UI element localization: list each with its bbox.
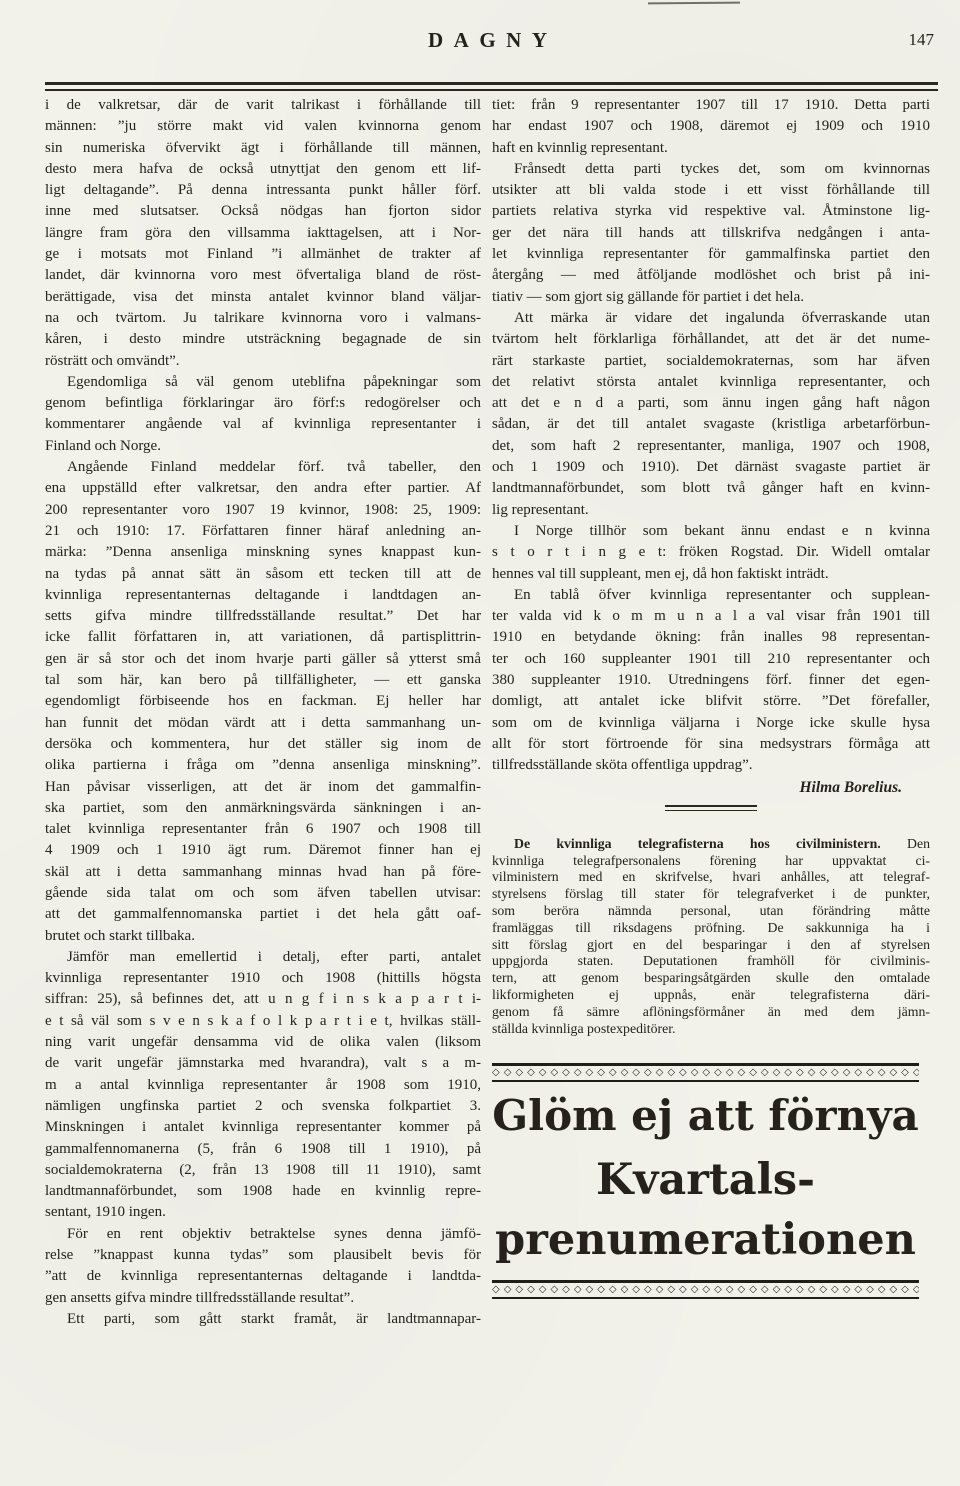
text-line: 21 och 1910: 17. Författaren finner hära… [45,521,481,542]
text-line: na tydas på annat sätt än såsom ett teck… [45,564,481,585]
text-line: e t så väl som s v e n s k a f o l k p a… [45,1011,481,1032]
text-line: genom befintliga förklaringar äro förf:s… [45,393,481,414]
text-line: kommentarer angående val af kvinnliga re… [45,414,481,435]
text-line: skäl att i detta sammanhang minnas hvad … [45,862,481,883]
text-line: kvinnliga representanternas deltagande i… [45,585,481,606]
text-line: tillfredsställande sköta offentliga uppd… [492,755,930,776]
text-line: hennes val till suppleant, men ej, då ho… [492,564,930,585]
text-line: likformigheten ej uppnås, enär telegrafi… [492,987,930,1004]
text-line: att det gammalfennomanska partiet i det … [45,904,481,925]
text-line: m a antal kvinnliga representanter år 19… [45,1075,481,1096]
text-line: tern, att genom besparingsåtgärden skull… [492,970,930,987]
text-line: setts gifva mindre tillfredsställande re… [45,606,481,627]
text-line: En tablå öfver kvinnliga representanter … [492,585,930,606]
text-line: I Norge tillhör som bekant ännu endast e… [492,521,930,542]
section-divider-rule [665,805,757,811]
right-column-text: tiet: från 9 representanter 1907 till 17… [492,95,930,777]
text-line: styrelsens förslag till stater för teleg… [492,886,930,903]
ad-inner-rule-top [492,1080,919,1082]
text-line: och 1 1909 och 1910). Det därnäst svagas… [492,457,930,478]
text-line: ger det nära till hands att tillskrifva … [492,223,930,244]
text-line: märka: ”Denna ansenliga minskning synes … [45,542,481,563]
text-line: allt för stort förtroende för sina medsy… [492,734,930,755]
text-line: kåren, i desto mindre utsträckning begag… [45,329,481,350]
scan-artifact-line [648,2,740,5]
text-line: let kvinnliga representanter för gammalf… [492,244,930,265]
text-line: Egendomliga så väl genom uteblifna påpek… [45,372,481,393]
notice-article: De kvinnliga telegrafisterna hos civilmi… [492,836,930,1038]
text-line: olika partierna i fråga om ”denna ansenl… [45,755,481,776]
text-line: Han påvisar visserligen, att det är inom… [45,777,481,798]
page-number: 147 [909,30,935,50]
text-line: landtmannaförbundet, som 1908 hade en kv… [45,1181,481,1202]
text-line: de varit ungefär jämnstarka med hvarandr… [45,1053,481,1074]
text-line: socialdemokraterna (2, från 13 1908 till… [45,1160,481,1181]
text-line: tvärtom helt förklarliga förhållandet, a… [492,329,930,350]
text-line: desto mera hafva de också utnyttjat den … [45,159,481,180]
diamond-ornament-row: ◇◇◇◇◇◇◇◇◇◇◇◇◇◇◇◇◇◇◇◇◇◇◇◇◇◇◇◇◇◇◇◇◇◇◇◇◇◇◇◇… [492,1066,919,1080]
text-line: gen ansetts gifva mindre tillfredsställa… [45,1288,481,1309]
text-line: landet, där kvinnorna voro mest öfvertal… [45,265,481,286]
text-line: ställda kvinnliga postexpeditörer. [492,1021,930,1038]
text-line: relse ”knappast kunna tydas” som plausib… [45,1245,481,1266]
header-rule [45,82,938,91]
text-line: i de valkretsar, där de varit talrikast … [45,95,481,116]
text-line: sin numeriska öfvervikt ägt i förhålland… [45,138,481,159]
text-line: dersöka och kommentera, hur det ställer … [45,734,481,755]
text-line: domligt, att antalet icke blifvit större… [492,691,930,712]
text-line: 1910 en betydande ökning: från inalles 9… [492,627,930,648]
text-line: Ett parti, som gått starkt framåt, är la… [45,1309,481,1330]
text-line: har endast 1907 och 1908, däremot ej 190… [492,116,930,137]
right-column: tiet: från 9 representanter 1907 till 17… [492,95,930,1299]
text-line: haft en kvinnlig representant. [492,138,930,159]
text-line: ge i motsats mot Finland ”i allmänhet de… [45,244,481,265]
text-line: ”att de kvinnliga representanternas delt… [45,1266,481,1287]
ad-headline-line-1: Glöm ej att förnya [492,1092,919,1140]
text-line: återgång — med åtföljande modlöshet och … [492,265,930,286]
text-line: 380 suppleanter 1910. Utredningens förf.… [492,670,930,691]
text-line: Jämför man emellertid i detalj, efter pa… [45,947,481,968]
text-line: gen är så stor och det inom hvarje parti… [45,649,481,670]
text-line: ter valda vid k o m m u n a l a val visa… [492,606,930,627]
text-line: brutet och starkt tillbaka. [45,926,481,947]
text-line: ter och 160 suppleanter 1901 till 210 re… [492,649,930,670]
text-line: Minskningen i antalet kvinnliga represen… [45,1117,481,1138]
text-line: berättigade, visa det minsta antalet kvi… [45,287,481,308]
document-page: DAGNY 147 i de valkretsar, där de varit … [0,0,960,1486]
text-line: na och tvärtom. Ju talrikare kvinnorna v… [45,308,481,329]
text-line: Angående Finland meddelar förf. två tabe… [45,457,481,478]
masthead-title: DAGNY [45,28,930,53]
text-line: landtmannaförbundet, som blott två gånge… [492,478,930,499]
text-line: männen: ”ju större makt vid valen kvinno… [45,116,481,137]
text-line: Finland och Norge. [45,436,481,457]
text-line: som om de kvinnliga väljarna i Norge ick… [492,713,930,734]
text-line: talet kvinnliga representanter från 6 19… [45,819,481,840]
text-line: rösträtt och omvändt”. [45,351,481,372]
text-line: det relativt största antalet kvinnliga r… [492,372,930,393]
text-line: tal som här, kan bero på tillfälligheter… [45,670,481,691]
text-line: sitt förslag gjort en del besparingar i … [492,937,930,954]
text-line: icke fallit författaren in, att variatio… [45,627,481,648]
text-line: gammalfennomanerna (5, från 6 1908 till … [45,1139,481,1160]
text-line: egendomligt förbiseende hos en fackman. … [45,691,481,712]
text-line: s t o r t i n g e t: fröken Rogstad. Dir… [492,542,930,563]
text-line: genom få sämre aflöningsförmåner än med … [492,1004,930,1021]
ad-inner-rule-bottom [492,1297,919,1299]
text-line: sentant, 1910 ingen. [45,1202,481,1223]
text-line: tiativ — som gjort sig gällande för part… [492,287,930,308]
left-column: i de valkretsar, där de varit talrikast … [45,95,481,1330]
text-line: vilministern med en skrifvelse, hvari an… [492,869,930,886]
text-line: han funnit det mödan värdt att i detta s… [45,713,481,734]
text-line: längre fram göra den villsamma iakttagel… [45,223,481,244]
text-line: sådan, är det till antalet svagaste (kri… [492,414,930,435]
subscription-ad: ◇◇◇◇◇◇◇◇◇◇◇◇◇◇◇◇◇◇◇◇◇◇◇◇◇◇◇◇◇◇◇◇◇◇◇◇◇◇◇◇… [492,1063,919,1299]
text-line: som beröra nämnda personal, utan förändr… [492,903,930,920]
text-line: framläggas till riksdagens pröfning. De … [492,920,930,937]
text-line: ligt deltagande”. På denna intressanta p… [45,180,481,201]
text-line: inne med slutsatser. Också nödgas han fj… [45,201,481,222]
text-line: 200 representanter voro 1907 19 kvinnor,… [45,500,481,521]
text-line: Att märka är vidare det ingalunda öfverr… [492,308,930,329]
text-line: uppgjorda staten. Deputationen framhöll … [492,953,930,970]
text-line: partiets relativa styrka vid respektive … [492,201,930,222]
text-line: siffran: 25), så befinnes det, att u n g… [45,989,481,1010]
article-signature: Hilma Borelius. [492,777,930,798]
text-line: utsikter att bli valda stode i ett visst… [492,180,930,201]
text-line: kvinnliga telegrafpersonalens förening h… [492,853,930,870]
text-line: ning varit ungefär densamma vid de olika… [45,1032,481,1053]
text-line: gående sida talat om och som äfven tabel… [45,883,481,904]
text-line: lig representant. [492,500,930,521]
text-line: det, som haft 2 representanter, manliga,… [492,436,930,457]
ad-headline-line-2: Kvartals- [492,1156,919,1204]
text-line: ska partiet, som den anmärkningsvärda sä… [45,798,481,819]
text-line: kvinnliga representanter 1910 och 1908 (… [45,968,481,989]
text-line: För en rent objektiv betraktelse synes d… [45,1224,481,1245]
text-line: Frånsedt detta parti tyckes det, som om … [492,159,930,180]
diamond-ornament-row-bottom: ◇◇◇◇◇◇◇◇◇◇◇◇◇◇◇◇◇◇◇◇◇◇◇◇◇◇◇◇◇◇◇◇◇◇◇◇◇◇◇◇… [492,1283,919,1297]
text-line: 4 1909 och 1 1910 ägt rum. Däremot finne… [45,840,481,861]
text-line: att det e n d a parti, som ännu ingen gå… [492,393,930,414]
text-line: nämligen ungfinska partiet 2 och svenska… [45,1096,481,1117]
text-line: rärt starkaste partiet, socialdemokrater… [492,351,930,372]
ad-headline-line-3: prenumerationen [492,1216,919,1264]
text-line: ena uppställd efter valkretsar, den andr… [45,478,481,499]
text-line: tiet: från 9 representanter 1907 till 17… [492,95,930,116]
text-line: De kvinnliga telegrafisterna hos civilmi… [492,836,930,853]
